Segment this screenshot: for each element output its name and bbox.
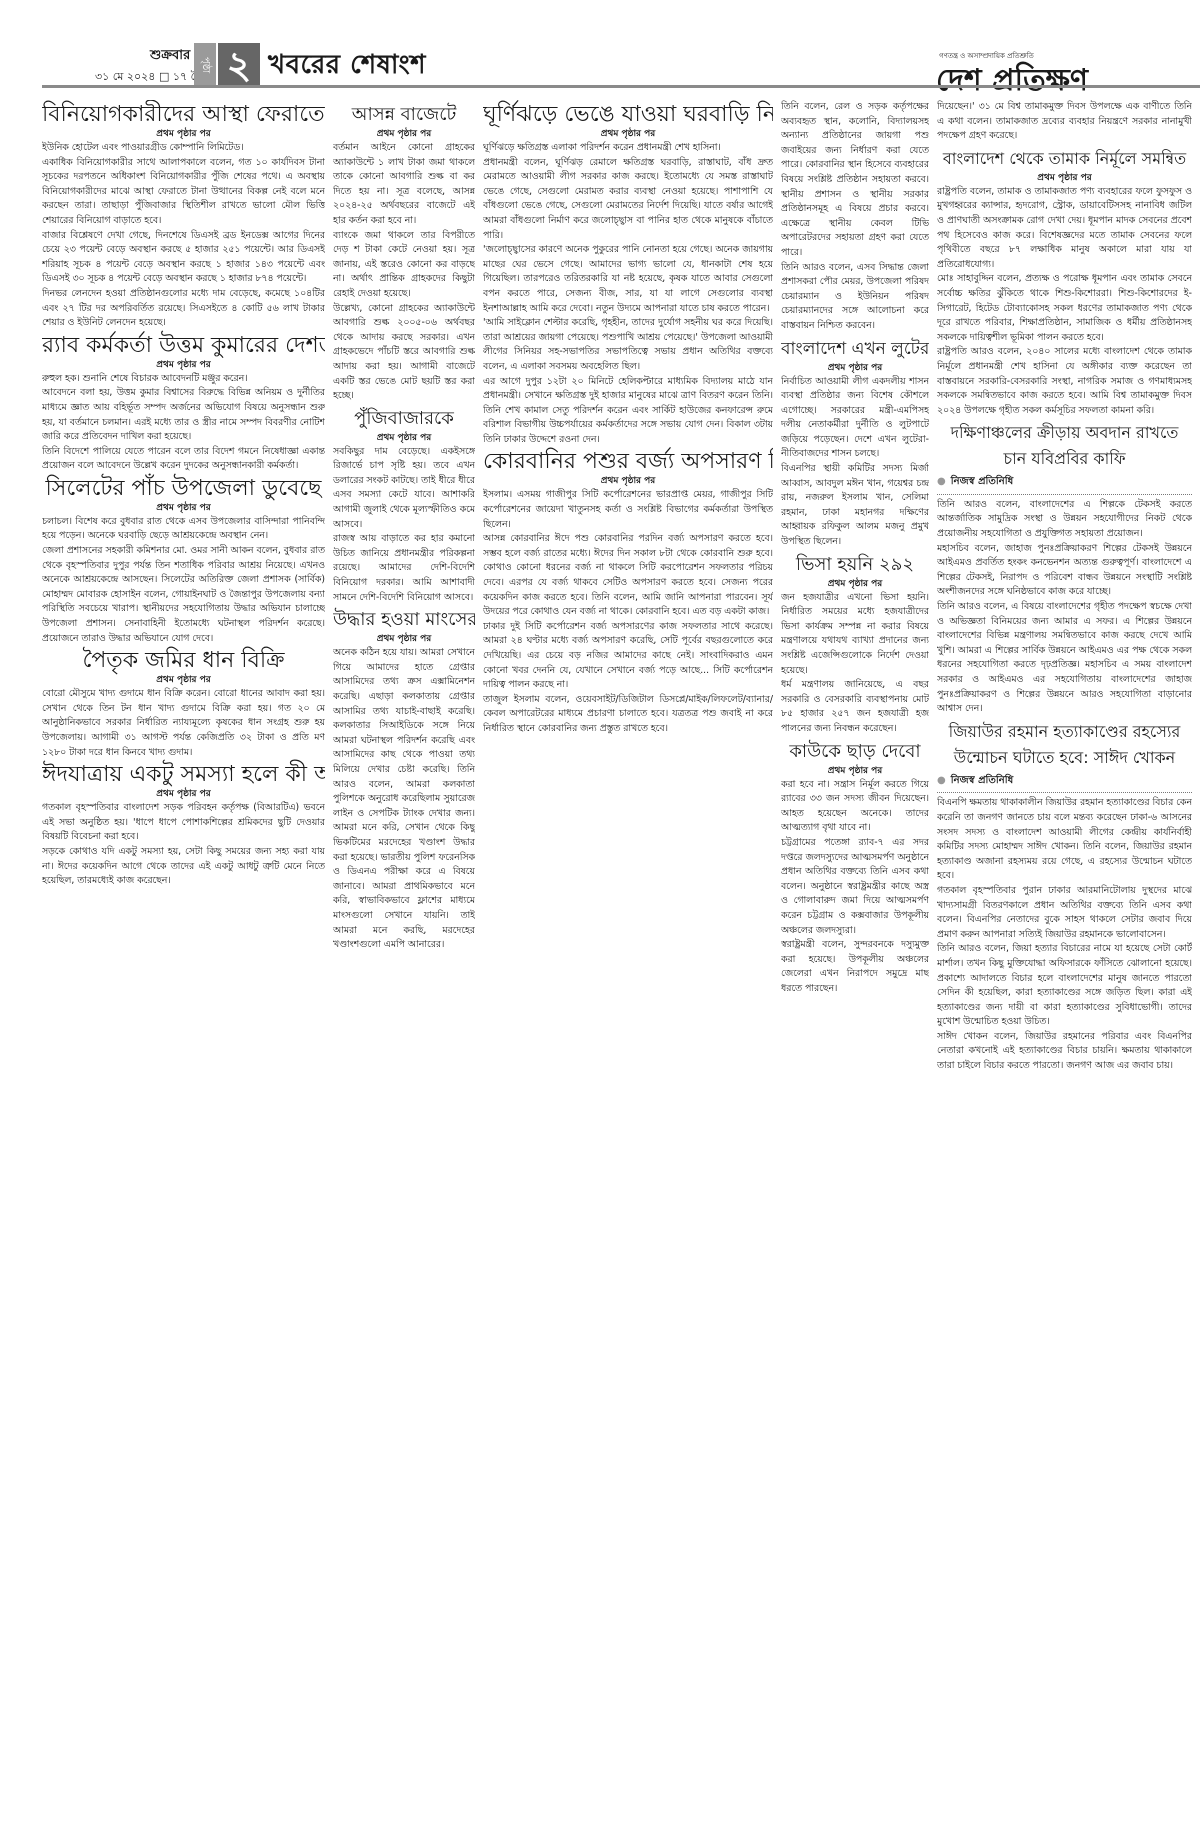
continued-label: প্রথম পৃষ্ঠার পর (781, 578, 929, 591)
headline: উদ্ধার হওয়া মাংসের (333, 607, 475, 633)
paragraph: তিনি আরও বলেন, জিয়া হত্যার বিচারের নামে… (937, 942, 1192, 1030)
paragraph: ঘূর্ণিঝড়ে ক্ষতিগ্রস্ত এলাকা পরিদর্শন কর… (483, 141, 773, 156)
paragraph: ইসলাম। এসময় গাজীপুর সিটি কর্পোরেশনের ভা… (483, 488, 773, 532)
paragraph: সবকিছুর দাম বেড়েছে। একইসঙ্গে রিজার্ভে চ… (333, 445, 475, 533)
continued-label: প্রথম পৃষ্ঠার পর (333, 633, 475, 646)
article-qurbani-continued: তিনি বলেন, রেল ও সড়ক কর্তৃপক্ষের অব্যবহ… (781, 100, 929, 334)
article-tobacco: দিয়েছেন।' ৩১ মে বিশ্ব তামাকমুক্ত দিবস উ… (937, 100, 1192, 418)
paragraph: তাজুল ইসলাম বলেন, ওয়েবসাইট/ডিজিটাল ডিসপ… (483, 693, 773, 737)
article-sylhet-flood: সিলেটের পাঁচ উপজেলা ডুবেছে প্রথম পৃষ্ঠার… (42, 476, 325, 646)
article-looters: বাংলাদেশ এখন লুটেরা প্রথম পৃষ্ঠার পর নির… (781, 336, 929, 550)
paragraph: চলাচল। বিশেষ করে বুধবার রাত থেকে এসব উপজ… (42, 515, 325, 544)
article-cyclone-rebuild: ঘূর্ণিঝড়ে ভেঙে যাওয়া ঘরবাড়ি নির্মাণের… (483, 102, 773, 447)
paragraph: সড়কে কোথাও যদি একটু সমস্যা হয়, সেটা কি… (42, 845, 325, 889)
article-capital-market: পুঁজিবাজারকে প্রথম পৃষ্ঠার পর সবকিছুর দা… (333, 406, 475, 606)
paragraph: জন হজযাত্রীর এখনো ভিসা হয়নি। নির্ধারিত … (781, 591, 929, 679)
paragraph: রুহুল হক। শুনানি শেষে বিচারক আবেদনটি মঞ্… (42, 372, 325, 387)
column-3: ঘূর্ণিঝড়ে ভেঙে যাওয়া ঘরবাড়ি নির্মাণের… (483, 100, 773, 1840)
continued-label: প্রথম পৃষ্ঠার পর (42, 502, 325, 515)
continued-label: প্রথম পৃষ্ঠার পর (781, 362, 929, 375)
paragraph: ইউনিক হোটেল এবং পাওয়ারগ্রীড কোম্পানি লি… (42, 141, 325, 156)
paragraph: বাজার বিশ্লেষণে দেখা গেছে, দিনশেষে ডিএসই… (42, 229, 325, 287)
continued-label: প্রথম পৃষ্ঠার পর (937, 172, 1192, 185)
byline: নিজস্ব প্রতিনিধি (937, 771, 1192, 794)
article-recovered-meat: উদ্ধার হওয়া মাংসের প্রথম পৃষ্ঠার পর অনে… (333, 607, 475, 952)
paragraph: অনেক কঠিন হয়ে যায়। আমরা সেখানে গিয়ে আ… (333, 646, 475, 952)
headline: পুঁজিবাজারকে (333, 406, 475, 432)
headline: বাংলাদেশ এখন লুটেরা (781, 336, 929, 362)
paragraph: 'আমি সাইক্লোন শেল্টার করেছি, গৃহহীন, তাদ… (483, 316, 773, 374)
continued-label: প্রথম পৃষ্ঠার পর (333, 128, 475, 141)
paragraph: স্বরাষ্ট্রমন্ত্রী বলেন, সুন্দরবনকে দস্যু… (781, 938, 929, 996)
paragraph: রাজস্ব আয় বাড়াতে কর হার কমানো উচিত জান… (333, 532, 475, 605)
continued-label: প্রথম পৃষ্ঠার পর (42, 788, 325, 801)
headline: আসন্ন বাজেটে (333, 102, 475, 128)
paragraph: প্রধানমন্ত্রী বলেন, ঘূর্ণিঝড় রেমালে ক্ষ… (483, 156, 773, 244)
article-investors-confidence: বিনিয়োগকারীদের আস্থা ফেরাতে সূচকের প্রথ… (42, 102, 325, 331)
continued-label: প্রথম পৃষ্ঠার পর (483, 128, 773, 141)
column-4: তিনি বলেন, রেল ও সড়ক কর্তৃপক্ষের অব্যবহ… (781, 100, 929, 1840)
paragraph: তিনি বলেন, রেল ও সড়ক কর্তৃপক্ষের অব্যবহ… (781, 100, 929, 261)
continued-label: প্রথম পৃষ্ঠার পর (483, 475, 773, 488)
paragraph: নির্বাচিত আওয়ামী লীগ একদলীয় শাসন ব্যবস… (781, 375, 929, 463)
paragraph: এর আগে দুপুর ১২টা ২০ মিনিটে হেলিকপ্টারে … (483, 375, 773, 448)
paragraph: সাঈদ খোকন বলেন, জিয়াউর রহমানের পরিবার এ… (937, 1030, 1192, 1074)
paragraph: ব্যাংকে জমা থাকলে তার বিপরীতে দেড় শ টাক… (333, 229, 475, 302)
paragraph: দিনভর লেনদেন হওয়া প্রতিষ্ঠানগুলোর মধ্যে… (42, 287, 325, 331)
masthead: শুক্রবার ৩১ মে ২০২৪ □ ১৭ জ্যৈষ্ঠ ১৪৩১ পৃ… (0, 0, 1200, 90)
article-eid-journey: ঈদযাত্রায় একটু সমস্যা হলে কী আসে যায় প… (42, 762, 325, 889)
day-label: শুক্রবার (150, 46, 190, 67)
article-hajj-visa: ভিসা হয়নি ২৯২ প্রথম পৃষ্ঠার পর জন হজযাত… (781, 552, 929, 737)
paragraph: তিনি আরও বলেন, এ বিষয়ে বাংলাদেশের গৃহীত… (937, 600, 1192, 717)
paragraph: বর্তমান আইনে কোনো গ্রাহকের অ্যাকাউন্টে ১… (333, 141, 475, 229)
headline: ভিসা হয়নি ২৯২ (781, 552, 929, 578)
continued-label: প্রথম পৃষ্ঠার পর (42, 128, 325, 141)
paragraph: তিনি বিদেশে পালিয়ে যেতে পারেন বলে তার ব… (42, 445, 325, 474)
paragraph: আবেদনে বলা হয়, উত্তম কুমার বিশ্বাসের বি… (42, 386, 325, 444)
paragraph: বিএনপির স্থায়ী কমিটির সদস্য মির্জা আব্ব… (781, 462, 929, 550)
byline: নিজস্ব প্রতিনিধি (937, 472, 1192, 495)
paragraph: করা হবে না। সন্ত্রাস নির্মূল করতে গিয়ে … (781, 778, 929, 836)
paragraph: চট্টগ্রামের পতেঙ্গা র‌্যাব-৭ এর সদর দপ্ত… (781, 836, 929, 938)
headline: পৈতৃক জমির ধান বিক্রি (42, 648, 325, 674)
page-label: পৃষ্ঠা (194, 43, 216, 87)
headline: র‌্যাব কর্মকর্তা উত্তম কুমারের দেশত্যাগে (42, 333, 325, 359)
paragraph: ঢাকার দুই সিটি কর্পোরেশন বর্জ্য অপসারণের… (483, 620, 773, 693)
page-number: ২ (218, 43, 260, 87)
paragraph: একাধিক বিনিয়োগকারীর সাথে আলাপকালে বলেন,… (42, 156, 325, 229)
paragraph: মহাসচিব বলেন, জাহাজ পুনঃপ্রক্রিয়াকরণ শি… (937, 542, 1192, 600)
continued-label: প্রথম পৃষ্ঠার পর (42, 674, 325, 687)
continued-label: প্রথম পৃষ্ঠার পর (333, 432, 475, 445)
article-budget: আসন্ন বাজেটে প্রথম পৃষ্ঠার পর বর্তমান আই… (333, 102, 475, 404)
headline: সিলেটের পাঁচ উপজেলা ডুবেছে (42, 476, 325, 502)
headline: ঘূর্ণিঝড়ে ভেঙে যাওয়া ঘরবাড়ি নির্মাণের (483, 102, 773, 128)
headline: কাউকে ছাড় দেবো (781, 739, 929, 765)
paragraph: তিনি আরও বলেন, বাংলাদেশের এ শিল্পকে টেকস… (937, 498, 1192, 542)
headline: দক্ষিণাঞ্চলের ক্রীড়ায় অবদান রাখতে চান … (937, 420, 1192, 472)
headline: জিয়াউর রহমান হত্যাকাণ্ডের রহস্যের উন্মো… (937, 719, 1192, 771)
article-qurbani-waste: কোরবানির পশুর বর্জ্য অপসারণ নিয়ে প্রথম … (483, 449, 773, 736)
paragraph: মোঃ সাহাবুদ্দিন বলেন, প্রত্যক্ষ ও পরোক্ষ… (937, 272, 1192, 345)
paragraph: উল্লেখ্য, কোনো গ্রাহকের অ্যাকাউন্টে আবগা… (333, 302, 475, 404)
header-rule (42, 85, 1200, 88)
article-ziaur-rahman: জিয়াউর রহমান হত্যাকাণ্ডের রহস্যের উন্মো… (937, 719, 1192, 1074)
section-title: খবরের শেষাংশ (268, 44, 426, 88)
headline: বাংলাদেশ থেকে তামাক নির্মূলে সমন্বিত (937, 146, 1192, 172)
continued-label: প্রথম পৃষ্ঠার পর (781, 765, 929, 778)
paragraph: বিএনপি ক্ষমতায় থাকাকালীন জিয়াউর রহমান … (937, 796, 1192, 884)
paragraph: আসন্ন কোরবানির ঈদে পশু কোরবানির পরদিন বর… (483, 532, 773, 620)
article-rab-officer: র‌্যাব কর্মকর্তা উত্তম কুমারের দেশত্যাগে… (42, 333, 325, 474)
headline: বিনিয়োগকারীদের আস্থা ফেরাতে সূচকের (42, 102, 325, 128)
paragraph: বোরো মৌসুমে খাদ্য গুদামে ধান বিক্রি করেন… (42, 687, 325, 760)
paragraph: তিনি আরও বলেন, এসব সিদ্ধান্ত জেলা প্রশাস… (781, 261, 929, 334)
column-1: বিনিয়োগকারীদের আস্থা ফেরাতে সূচকের প্রথ… (42, 100, 325, 1840)
paragraph: দিয়েছেন।' ৩১ মে বিশ্ব তামাকমুক্ত দিবস উ… (937, 100, 1192, 144)
paragraph: 'জলোচ্ছ্বাসের কারণে অনেক পুকুরের পানি নো… (483, 243, 773, 316)
paragraph: রাষ্ট্রপতি বলেন, তামাক ও তামাকজাত পণ্য ব… (937, 185, 1192, 273)
headline: ঈদযাত্রায় একটু সমস্যা হলে কী আসে যায় (42, 762, 325, 788)
paragraph: রাষ্ট্রপতি আরও বলেন, ২০৪০ সালের মধ্যে বা… (937, 345, 1192, 418)
paragraph: গতকাল বৃহস্পতিবার পুরান ঢাকার আরমানিটোলা… (937, 884, 1192, 942)
article-paddy-sale: পৈতৃক জমির ধান বিক্রি প্রথম পৃষ্ঠার পর ব… (42, 648, 325, 760)
paragraph: ধর্ম মন্ত্রণালয় জানিয়েছে, এ বছর সরকারি… (781, 678, 929, 736)
continued-label: প্রথম পৃষ্ঠার পর (42, 359, 325, 372)
headline: কোরবানির পশুর বর্জ্য অপসারণ নিয়ে (483, 449, 773, 475)
paragraph: জেলা প্রশাসনের সহকারী কমিশনার মো. ওমর সা… (42, 544, 325, 646)
column-2: আসন্ন বাজেটে প্রথম পৃষ্ঠার পর বর্তমান আই… (333, 100, 475, 1840)
paragraph: গতকাল বৃহস্পতিবার বাংলাদেশ সড়ক পরিবহন ক… (42, 801, 325, 845)
column-5: দিয়েছেন।' ৩১ মে বিশ্ব তামাকমুক্ত দিবস উ… (937, 100, 1192, 1840)
article-jusb-kafi: দক্ষিণাঞ্চলের ক্রীড়ায় অবদান রাখতে চান … (937, 420, 1192, 717)
article-no-mercy: কাউকে ছাড় দেবো প্রথম পৃষ্ঠার পর করা হবে… (781, 739, 929, 997)
